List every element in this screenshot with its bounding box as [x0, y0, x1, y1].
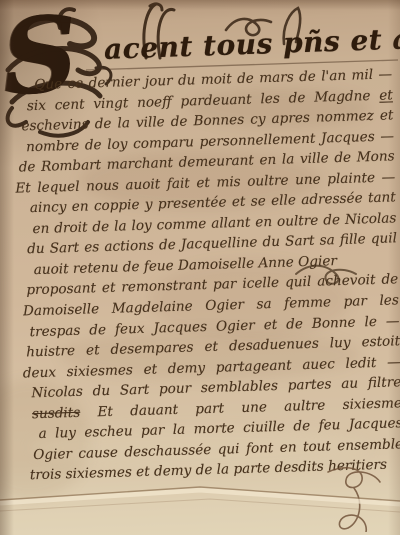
- manuscript-page: S acent tous pñs et aduenir Que ce derni…: [0, 0, 400, 535]
- line-17-struck-word: susdits: [32, 405, 81, 422]
- manuscript-body: Que ce dernier jour du moit de mars de l…: [0, 64, 400, 486]
- fold-crease-icon: [0, 470, 400, 530]
- line-02-underlined-word: et: [379, 87, 393, 103]
